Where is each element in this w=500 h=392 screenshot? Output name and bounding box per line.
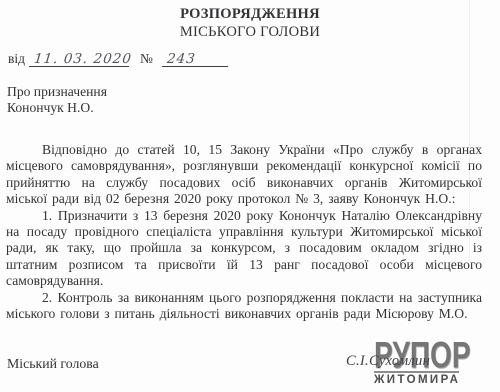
date-label: від	[8, 51, 25, 66]
body-text: Відповідно до статей 10, 15 Закону Украї…	[6, 142, 482, 322]
number-label: №	[140, 51, 153, 66]
handwritten-number: 243	[161, 51, 196, 67]
signature-title: Міський голова	[7, 356, 99, 372]
document-title: РОЗПОРЯДЖЕННЯ	[0, 5, 500, 23]
subject-line-2: Конончук Н.О.	[7, 100, 107, 116]
number-field: 243	[162, 51, 228, 67]
date-number-row: від11. 03. 2020№243	[8, 51, 228, 67]
paragraph-item-2: 2. Контроль за виконанням цього розпоряд…	[6, 290, 482, 323]
date-field: 11. 03. 2020	[29, 51, 129, 67]
document-subtitle: МІСЬКОГО ГОЛОВИ	[0, 23, 500, 41]
handwritten-date: 11. 03. 2020	[28, 51, 133, 67]
watermark-zhytomyra-text: ЖИТОМИРА	[374, 374, 460, 386]
subject-block: Про призначення Конончук Н.О.	[7, 84, 107, 116]
paragraph-preamble: Відповідно до статей 10, 15 Закону Украї…	[6, 142, 482, 208]
paragraph-item-1: 1. Призначити з 13 березня 2020 року Кон…	[6, 208, 482, 290]
document-page: РОЗПОРЯДЖЕННЯ МІСЬКОГО ГОЛОВИ від11. 03.…	[0, 0, 500, 392]
subject-line-1: Про призначення	[7, 84, 107, 100]
signature-name: С.І.Сухомлин	[346, 353, 430, 370]
document-header: РОЗПОРЯДЖЕННЯ МІСЬКОГО ГОЛОВИ	[0, 5, 500, 41]
watermark-divider-line	[374, 371, 459, 373]
